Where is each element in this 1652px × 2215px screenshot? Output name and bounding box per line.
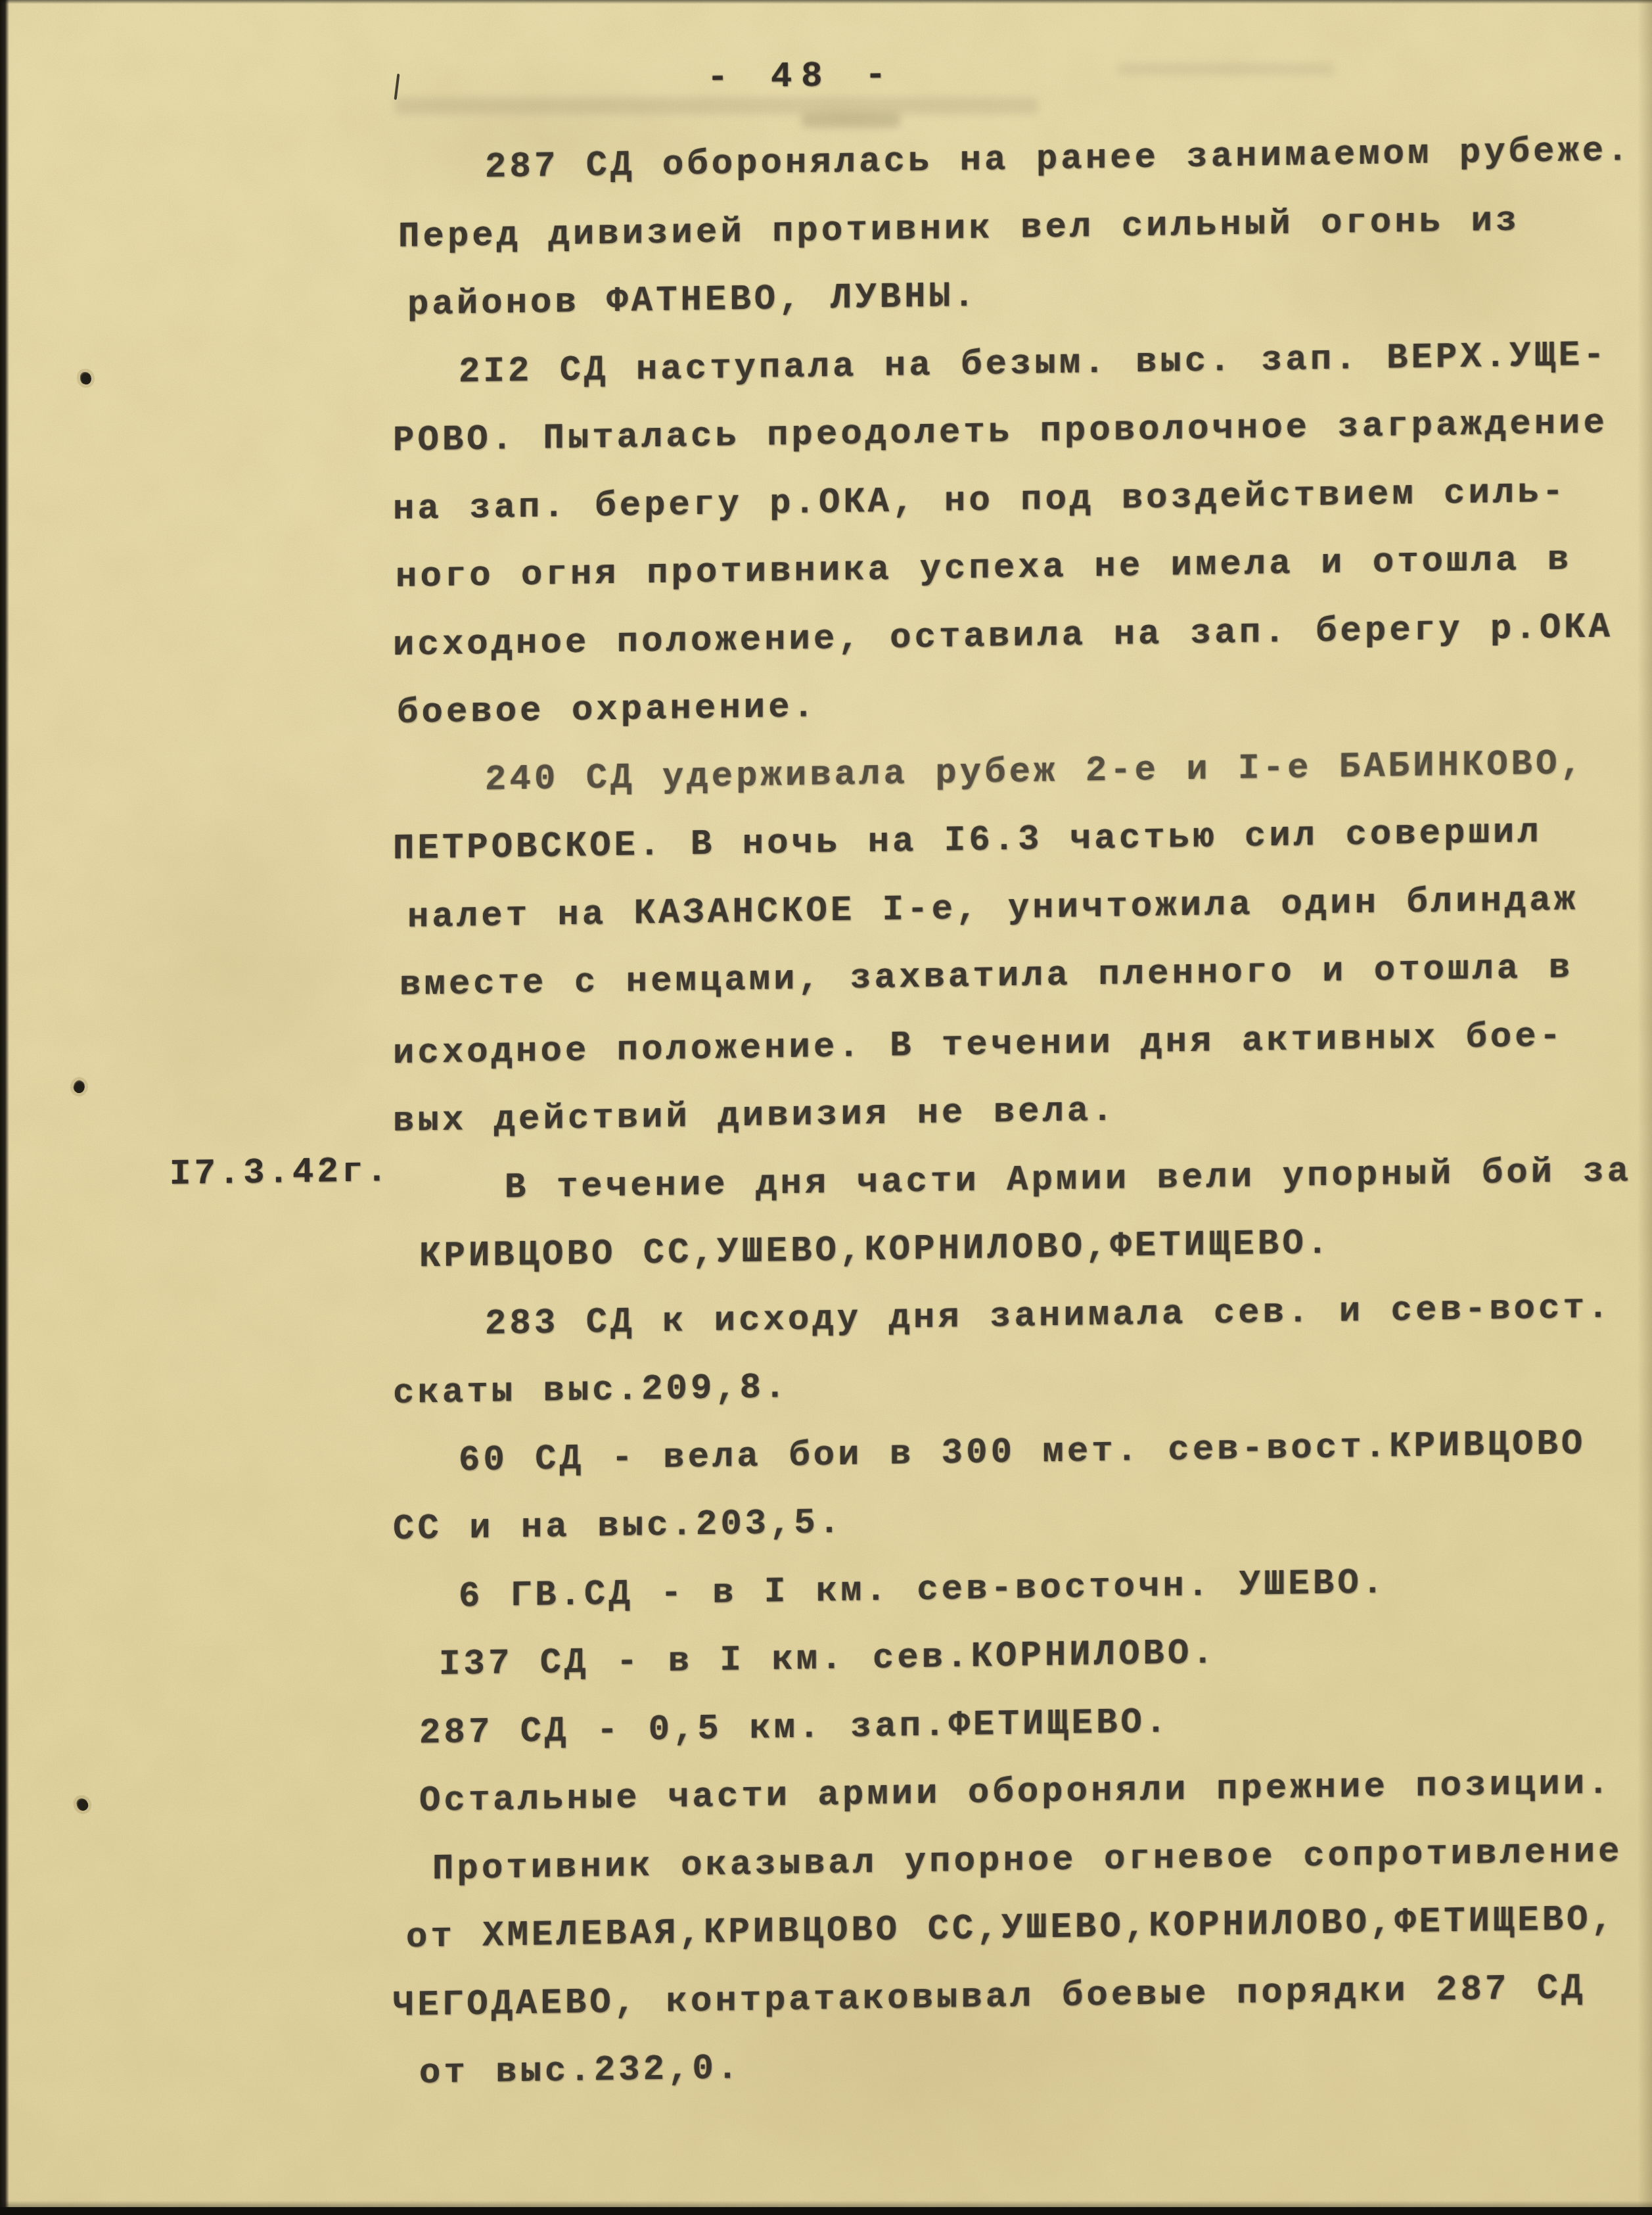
punch-hole: [80, 372, 91, 385]
typewritten-text-layer: - 48 - I7.3.42г. 287 СД оборонялась на р…: [0, 0, 1652, 2207]
scan-edge-right: [1638, 0, 1652, 2207]
document-page: - 48 - I7.3.42г. 287 СД оборонялась на р…: [0, 0, 1652, 2207]
scan-edge-top: [0, 0, 1652, 4]
margin-date: I7.3.42г.: [170, 1152, 391, 1195]
scan-edge-left: [0, 0, 9, 2207]
page-number: - 48 -: [707, 56, 895, 99]
body-text: 287 СД оборонялась на ранее занимаемом р…: [393, 116, 1652, 2108]
scan-edge-bottom: [0, 2201, 1652, 2207]
